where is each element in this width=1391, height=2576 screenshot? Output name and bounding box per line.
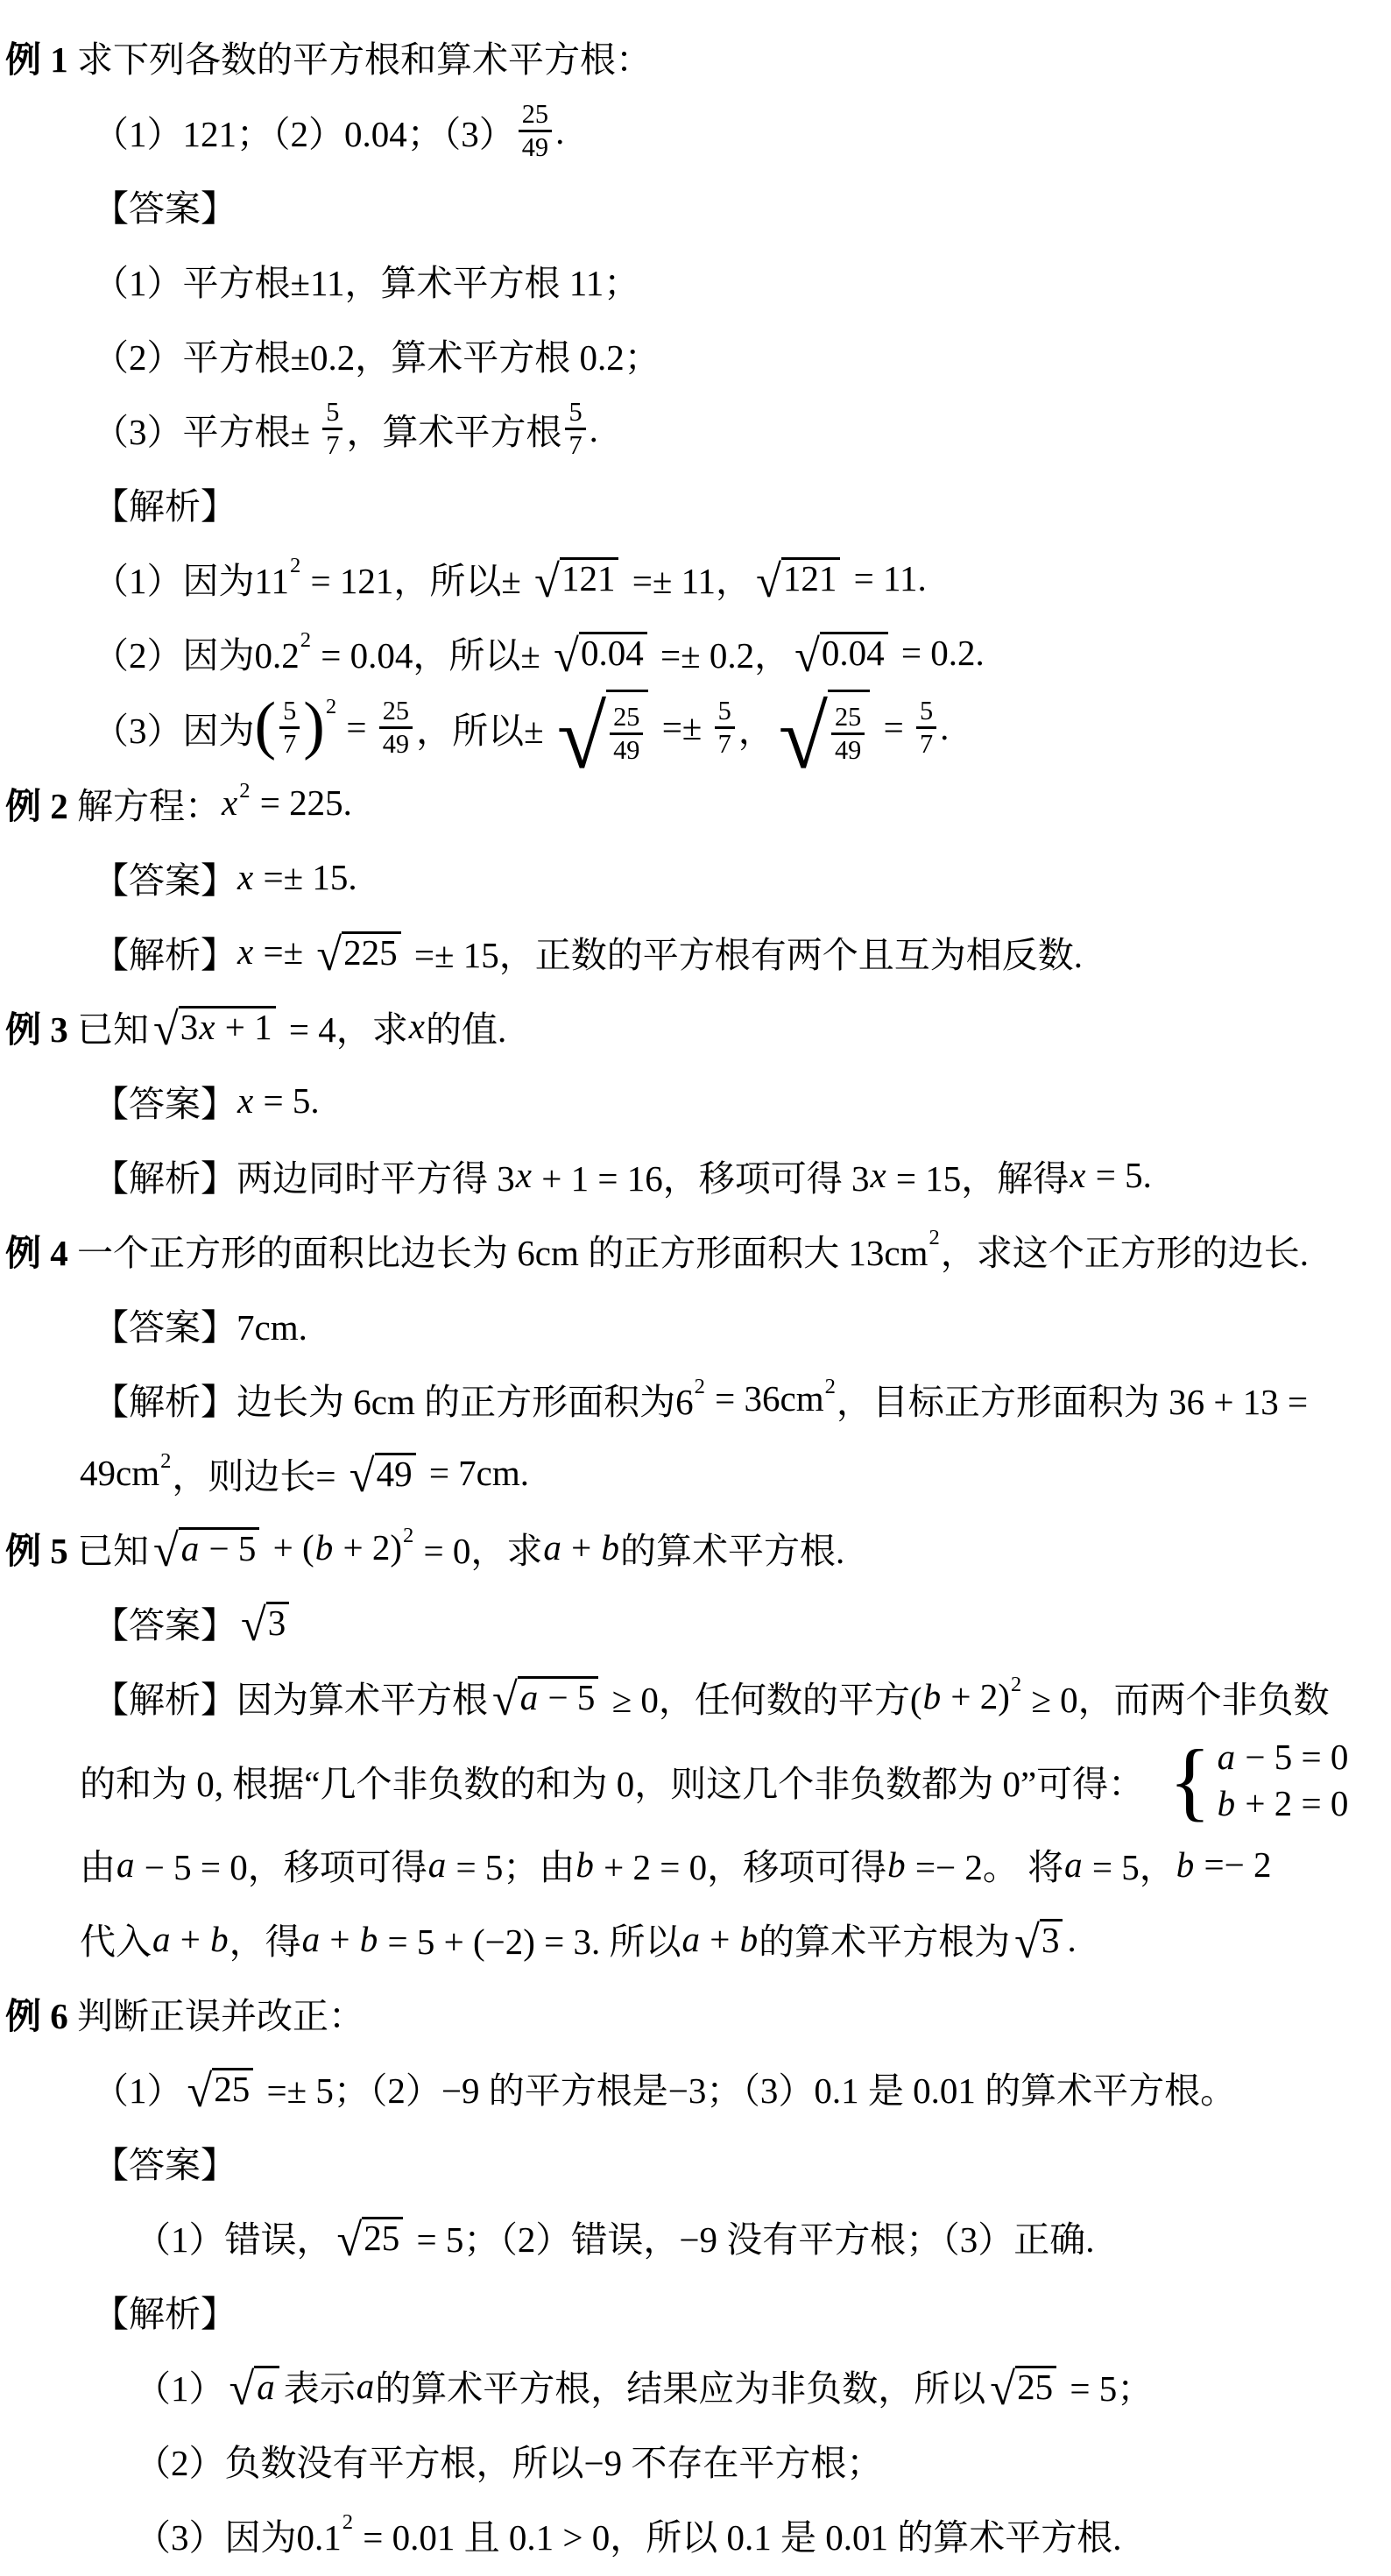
math-variable: a <box>180 1528 201 1568</box>
bold-text: 例 5 <box>5 1522 77 1574</box>
radical-sign: √ <box>153 1533 179 1569</box>
doc-line-15: 【答案】x = 5. <box>5 1064 1391 1138</box>
text-run: =± <box>653 706 710 748</box>
doc-line-22: 【答案】√3 <box>5 1585 1391 1660</box>
text-run: = 5；由 <box>447 1838 575 1890</box>
text-run: + <box>321 1918 359 1960</box>
doc-line-10: （3）因为(57)2 = 2549，所以± √2549 =± 57，√2549 … <box>5 690 1391 766</box>
text-run: 已知 <box>77 1001 149 1052</box>
radical: √121 <box>756 557 840 598</box>
text-run: = 7cm. <box>420 1452 529 1494</box>
math-variable: x <box>237 856 254 898</box>
text-run: 25 <box>1017 2367 1053 2407</box>
doc-line-2: （1）121；（2）0.04；（3）2549. <box>5 94 1391 168</box>
doc-line-14: 例 3 已知√3x + 1 = 4，求x的值. <box>5 989 1391 1064</box>
superscript: 2 <box>300 628 312 653</box>
math-variable: x <box>869 1154 886 1196</box>
radical: √0.04 <box>794 632 888 672</box>
math-variable: a <box>681 1918 702 1960</box>
math-variable: a <box>1063 1844 1084 1886</box>
radicand: 121 <box>560 557 619 598</box>
radical-sign: √ <box>187 2074 213 2110</box>
text-run: + 2) <box>334 1526 402 1568</box>
text-run: （2）平方根±0.2，算术平方根 0.2； <box>93 329 660 380</box>
text-run: 由 <box>80 1838 116 1890</box>
doc-line-7: 【解析】 <box>5 466 1391 541</box>
math-variable: b <box>575 1844 595 1886</box>
radicand: 0.04 <box>820 632 888 672</box>
doc-line-16: 【解析】两边同时平方得 3x + 1 = 16，移项可得 3x = 15，解得x… <box>5 1138 1391 1213</box>
doc-line-5: （2）平方根±0.2，算术平方根 0.2； <box>5 317 1391 392</box>
math-variable: a <box>356 2365 376 2407</box>
radical-sign: √ <box>229 2372 255 2408</box>
fraction: 57 <box>565 397 585 461</box>
fraction-denominator: 49 <box>519 132 552 163</box>
radical: √0.04 <box>554 632 647 672</box>
text-run: （2）负数没有平方根，所以−9 不存在平方根； <box>135 2434 882 2486</box>
text-run: 【解析】 <box>93 2285 237 2337</box>
radicand: 3x + 1 <box>179 1006 276 1046</box>
radical-fraction: √2549 <box>779 690 871 766</box>
text-run: = 5. <box>1086 1154 1151 1196</box>
equation-system: {a − 5 = 0b + 2 = 0 <box>1169 1734 1348 1828</box>
radical-sign: √ <box>756 564 781 600</box>
text-run: 代入 <box>80 1913 152 1964</box>
fraction-numerator: 5 <box>565 397 585 430</box>
math-variable: a <box>256 2367 276 2407</box>
doc-line-9: （2）因为0.22 = 0.04，所以± √0.04 =± 0.2，√0.04 … <box>5 615 1391 690</box>
doc-line-12: 【答案】x =± 15. <box>5 840 1391 915</box>
text-run: （3）因为0.1 <box>135 2509 342 2560</box>
doc-line-27: 例 6 判断正误并改正： <box>5 1976 1391 2050</box>
text-run: （2）因为0.2 <box>93 626 300 678</box>
document: 例 1 求下列各数的平方根和算术平方根：（1）121；（2）0.04；（3）25… <box>0 0 1391 2572</box>
math-variable: x <box>1069 1154 1086 1196</box>
text-run: = 0.2. <box>893 632 985 674</box>
doc-line-11: 例 2 解方程：x2 = 225. <box>5 766 1391 840</box>
text-run: =± <box>254 931 312 973</box>
text-run: =− 2 <box>1195 1844 1271 1886</box>
text-run: + ( <box>264 1526 314 1568</box>
text-run: + <box>562 1526 601 1568</box>
fraction-denominator: 7 <box>322 430 342 461</box>
text-run: . <box>1067 1918 1076 1960</box>
superscript: 2 <box>159 1449 172 1474</box>
text-run: 【答案】 <box>93 1075 237 1127</box>
text-run: = 11. <box>844 557 926 599</box>
radicand: 0.04 <box>579 632 647 672</box>
equation-row: a − 5 = 0 <box>1217 1734 1349 1780</box>
radical: √a <box>229 2366 279 2406</box>
text-run: = 5；（2）错误，−9 没有平方根；（3）正确. <box>407 2211 1094 2262</box>
text-run: =± 5；（2）−9 的平方根是−3；（3）0.1 是 0.01 的算术平方根。 <box>258 2062 1236 2113</box>
text-run: =± 11， <box>623 552 752 604</box>
fraction-denominator: 49 <box>379 729 413 760</box>
radical-fraction: √2549 <box>557 690 649 766</box>
radical: √25 <box>337 2217 404 2257</box>
superscript: 2 <box>342 2510 354 2535</box>
fraction: 2549 <box>831 702 865 766</box>
text-run: = 36cm <box>706 1377 824 1419</box>
bold-text: 例 1 <box>5 31 77 82</box>
text-run: 3 <box>1041 1920 1060 1960</box>
text-run: 25 <box>364 2218 399 2258</box>
fraction-numerator: 25 <box>379 696 413 729</box>
text-run: 【答案】 <box>93 852 237 903</box>
text-run: 表示 <box>284 2360 356 2411</box>
fraction: 57 <box>322 397 342 461</box>
big-paren: ) <box>303 703 325 748</box>
doc-line-24: 的和为 0, 根据“几个非负数的和为 0，则这几个非负数都为 0”可得： {a … <box>5 1734 1391 1828</box>
text-run: = 5. <box>254 1079 319 1122</box>
text-run: 的算术平方根，结果应为非负数，所以 <box>375 2360 985 2411</box>
text-run: = 15，解得 <box>887 1150 1070 1201</box>
text-run: = 0.01 且 0.1 > 0，所以 0.1 是 0.01 的算术平方根. <box>354 2509 1122 2560</box>
text-run: − 5 = 0，移项可得 <box>136 1838 427 1890</box>
text-run: 【答案】7cm. <box>93 1299 307 1350</box>
radicand: 25 <box>362 2217 403 2257</box>
radical: √3 <box>241 1602 289 1642</box>
text-run: + 2 = 0，移项可得 <box>595 1838 886 1890</box>
text-run: = 4，求 <box>280 1001 408 1052</box>
fraction: 2549 <box>610 702 643 766</box>
doc-line-17: 例 4 一个正方形的面积比边长为 6cm 的正方形面积大 13cm2，求这个正方… <box>5 1213 1391 1287</box>
text-run: = 0，求 <box>414 1522 542 1574</box>
radicand: 25 <box>212 2068 253 2108</box>
math-variable: a <box>301 1918 321 1960</box>
text-run: + 1 <box>216 1007 272 1047</box>
radical: √121 <box>534 557 618 598</box>
fraction-numerator: 5 <box>916 696 936 729</box>
superscript: 2 <box>325 695 337 719</box>
doc-line-26: 代入a + b，得a + b = 5 + (−2) = 3. 所以a + b的算… <box>5 1901 1391 1976</box>
superscript: 2 <box>289 554 301 578</box>
math-variable: a <box>152 1918 172 1960</box>
text-run: − 5 <box>539 1677 595 1717</box>
radicand: 225 <box>342 931 401 972</box>
text-run: （1） <box>135 2360 225 2411</box>
math-variable: a <box>519 1677 540 1717</box>
doc-line-28: （1）√25 =± 5；（2）−9 的平方根是−3；（3）0.1 是 0.01 … <box>5 2050 1391 2125</box>
radical: √25 <box>990 2366 1056 2406</box>
text-run: 0.04 <box>581 633 644 673</box>
doc-line-33: （2）负数没有平方根，所以−9 不存在平方根； <box>5 2423 1391 2497</box>
radical-sign: √ <box>153 1012 179 1048</box>
math-variable: b <box>922 1675 943 1717</box>
text-run: ，目标正方形面积为 36 + 13 = <box>837 1373 1308 1425</box>
text-run: = 0.04，所以± <box>312 626 549 678</box>
doc-line-8: （1）因为112 = 121，所以± √121 =± 11，√121 = 11. <box>5 541 1391 615</box>
superscript: 2 <box>238 779 251 803</box>
text-run: . <box>590 408 598 450</box>
radical-sign: √ <box>316 938 342 973</box>
text-run: = 225. <box>251 782 352 824</box>
radical-sign: √ <box>492 1682 518 1718</box>
text-run: =± 15，正数的平方根有两个且互为相反数. <box>406 926 1083 978</box>
doc-line-18: 【答案】7cm. <box>5 1287 1391 1362</box>
fraction-numerator: 5 <box>715 696 735 729</box>
math-variable: b <box>739 1918 759 1960</box>
fraction: 57 <box>916 696 936 760</box>
radical: √25 <box>187 2068 254 2108</box>
bold-text: 例 3 <box>5 1001 77 1052</box>
fraction-denominator: 7 <box>565 430 585 461</box>
fraction-denominator: 49 <box>610 735 643 766</box>
doc-line-13: 【解析】x =± √225 =± 15，正数的平方根有两个且互为相反数. <box>5 915 1391 989</box>
math-variable: x <box>237 931 254 973</box>
radical-sign: √ <box>990 2372 1015 2408</box>
radical-sign: √ <box>350 1459 375 1495</box>
text-run: ，求这个正方形的边长. <box>941 1224 1309 1276</box>
radical-sign: √ <box>554 639 579 675</box>
text-run: + <box>701 1918 739 1960</box>
text-run: + 2 = 0 <box>1236 1783 1348 1823</box>
text-run: 判断正误并改正： <box>77 1987 364 2039</box>
text-run: 49 <box>377 1454 413 1494</box>
radical-sign: √ <box>337 2223 363 2259</box>
text-run: 的和为 0, 根据“几个非负数的和为 0，则这几个非负数都为 0”可得： <box>80 1755 1153 1807</box>
text-run: − 5 <box>200 1528 256 1568</box>
radical: √3 <box>1014 1919 1063 1959</box>
text-run: 225 <box>343 932 398 973</box>
fraction-denominator: 49 <box>831 735 865 766</box>
text-run: 解方程： <box>77 777 221 829</box>
text-run: 【解析】 <box>93 926 237 978</box>
math-variable: b <box>1217 1783 1237 1823</box>
text-run: 【答案】 <box>93 1596 237 1648</box>
equation-rows: a − 5 = 0b + 2 = 0 <box>1217 1734 1349 1828</box>
radicand: 25 <box>1015 2366 1056 2406</box>
math-variable: x <box>515 1154 533 1196</box>
fraction-numerator: 25 <box>831 702 865 735</box>
superscript: 2 <box>402 1524 414 1548</box>
math-variable: x <box>198 1007 215 1047</box>
doc-line-20: 49cm2，则边长= √49 = 7cm. <box>5 1436 1391 1511</box>
radicand: 3 <box>1040 1919 1063 1959</box>
text-run: 的算术平方根为 <box>759 1913 1010 1964</box>
page: { "page": {"background": "#ffffff", "tex… <box>0 0 1391 2576</box>
fraction: 2549 <box>379 696 413 760</box>
text-run: 0.04 <box>822 633 885 673</box>
math-variable: a <box>542 1526 562 1568</box>
text-run: （1）错误， <box>135 2211 333 2262</box>
text-run: + 2) <box>942 1675 1010 1717</box>
radical: √a − 5 <box>492 1676 598 1716</box>
doc-line-32: （1）√a表示a的算术平方根，结果应为非负数，所以√25 = 5； <box>5 2348 1391 2423</box>
text-run: 的值. <box>426 1001 506 1052</box>
doc-line-23: 【解析】因为算术平方根√a − 5 ≥ 0，任何数的平方(b + 2)2 ≥ 0… <box>5 1660 1391 1734</box>
text-run: 121 <box>561 558 616 598</box>
superscript: 2 <box>928 1226 940 1250</box>
bold-text: 例 6 <box>5 1987 77 2039</box>
left-brace: { <box>1169 1745 1211 1815</box>
text-run: ，所以± <box>416 702 553 754</box>
fraction-numerator: 5 <box>322 397 342 430</box>
radical: √3x + 1 <box>153 1006 276 1046</box>
radicand: 2549 <box>828 690 870 766</box>
superscript: 2 <box>694 1375 706 1399</box>
radicand: a − 5 <box>179 1527 260 1568</box>
radical: √225 <box>316 931 400 972</box>
text-run: = <box>337 706 376 748</box>
text-run: 【解析】边长为 6cm 的正方形面积为6 <box>93 1373 694 1425</box>
math-variable: b <box>601 1526 621 1568</box>
text-run: ，算术平方根 <box>346 403 561 455</box>
text-run: = 5； <box>1061 2360 1153 2411</box>
fraction: 2549 <box>519 99 552 163</box>
doc-line-6: （3）平方根± 57，算术平方根57. <box>5 392 1391 466</box>
fraction-denominator: 7 <box>279 729 300 760</box>
math-variable: b <box>209 1918 229 1960</box>
fraction: 57 <box>715 696 735 760</box>
text-run: − 5 = 0 <box>1236 1737 1348 1777</box>
radicand: 3 <box>266 1602 290 1642</box>
math-variable: b <box>314 1526 335 1568</box>
text-run: = <box>874 706 913 748</box>
radical: √a − 5 <box>153 1527 259 1568</box>
doc-line-25: 由a − 5 = 0，移项可得a = 5；由b + 2 = 0，移项可得b =−… <box>5 1827 1391 1901</box>
big-paren: ( <box>255 703 277 748</box>
text-run: 3 <box>268 1603 286 1643</box>
radicand: a − 5 <box>518 1676 599 1716</box>
text-run: . <box>940 706 949 748</box>
math-variable: x <box>408 1005 426 1047</box>
radicand: 121 <box>781 557 841 598</box>
text-run: （1）121；（2）0.04；（3） <box>93 105 515 157</box>
doc-line-29: 【答案】 <box>5 2125 1391 2199</box>
math-variable: a <box>116 1844 136 1886</box>
radicand: a <box>254 2366 279 2406</box>
math-variable: b <box>886 1844 907 1886</box>
math-variable: b <box>1176 1844 1196 1886</box>
text-run: （1） <box>93 2062 183 2113</box>
text-run: + 1 = 16，移项可得 3 <box>533 1150 870 1201</box>
text-run: = 5， <box>1084 1838 1176 1890</box>
text-run: 一个正方形的面积比边长为 6cm 的正方形面积大 13cm <box>77 1224 928 1276</box>
fraction-denominator: 7 <box>715 729 735 760</box>
text-run: . <box>555 110 564 152</box>
doc-line-3: 【答案】 <box>5 168 1391 243</box>
doc-line-30: （1）错误，√25 = 5；（2）错误，−9 没有平方根；（3）正确. <box>5 2199 1391 2274</box>
doc-line-19: 【解析】边长为 6cm 的正方形面积为62 = 36cm2，目标正方形面积为 3… <box>5 1362 1391 1436</box>
text-run: + <box>172 1918 210 1960</box>
equation-row: b + 2 = 0 <box>1217 1780 1349 1827</box>
text-run: 【答案】 <box>93 2136 237 2188</box>
doc-line-4: （1）平方根±11，算术平方根 11； <box>5 243 1391 317</box>
superscript: 2 <box>1010 1673 1022 1697</box>
text-run: （3）平方根± <box>93 403 319 455</box>
radical-sign: √ <box>1014 1925 1040 1961</box>
math-variable: x <box>237 1079 254 1122</box>
math-variable: a <box>1217 1737 1237 1777</box>
fraction-numerator: 25 <box>519 99 552 132</box>
text-run: 【解析】因为算术平方根 <box>93 1671 488 1723</box>
text-run: =− 2。 将 <box>907 1838 1064 1890</box>
math-variable: a <box>427 1844 448 1886</box>
doc-line-31: 【解析】 <box>5 2274 1391 2348</box>
math-variable: x <box>221 782 238 824</box>
radical-sign: √ <box>779 706 828 771</box>
text-run: 49cm <box>80 1452 159 1494</box>
text-run: = 5 + (−2) = 3. 所以 <box>378 1913 681 1964</box>
superscript: 2 <box>824 1375 837 1399</box>
text-run: ，得 <box>229 1913 301 1964</box>
doc-line-34: （3）因为0.12 = 0.01 且 0.1 > 0，所以 0.1 是 0.01… <box>5 2497 1391 2572</box>
text-run: 已知 <box>77 1522 149 1574</box>
fraction: 57 <box>279 696 300 760</box>
text-run: 求下列各数的平方根和算术平方根： <box>77 31 652 82</box>
fraction-numerator: 25 <box>610 702 643 735</box>
fraction-denominator: 7 <box>916 729 936 760</box>
text-run: 25 <box>214 2069 250 2109</box>
math-variable: b <box>359 1918 379 1960</box>
radical-sign: √ <box>557 706 606 771</box>
radical-sign: √ <box>794 639 820 675</box>
text-run: 的算术平方根. <box>620 1522 844 1574</box>
text-run: （1）因为11 <box>93 552 289 604</box>
text-run: 【解析】 <box>93 478 237 529</box>
radicand: 2549 <box>606 690 648 766</box>
radical: √49 <box>350 1453 416 1493</box>
bold-text: 例 2 <box>5 777 77 829</box>
text-run: =± 0.2， <box>652 626 790 678</box>
text-run: = 121，所以± <box>301 552 530 604</box>
text-run: 121 <box>783 558 837 598</box>
text-run: 3 <box>180 1007 199 1047</box>
bold-text: 例 4 <box>5 1224 77 1276</box>
text-run: （1）平方根±11，算术平方根 11； <box>93 254 639 306</box>
text-run: ≥ 0，任何数的平方( <box>603 1671 921 1723</box>
fraction-numerator: 5 <box>279 696 300 729</box>
doc-line-21: 例 5 已知√a − 5 + (b + 2)2 = 0，求a + b的算术平方根… <box>5 1511 1391 1585</box>
text-run: （3）因为 <box>93 702 255 754</box>
doc-line-1: 例 1 求下列各数的平方根和算术平方根： <box>5 19 1391 94</box>
text-run: =± 15. <box>254 856 357 898</box>
radical-sign: √ <box>534 564 560 600</box>
text-run: ，则边长= <box>172 1447 344 1499</box>
text-run: 【答案】 <box>93 180 237 231</box>
radical-sign: √ <box>241 1608 266 1644</box>
text-run: ≥ 0，而两个非负数 <box>1022 1671 1330 1723</box>
text-run: 【解析】两边同时平方得 3 <box>93 1150 515 1201</box>
text-run: ， <box>738 702 774 754</box>
radicand: 49 <box>375 1453 416 1493</box>
